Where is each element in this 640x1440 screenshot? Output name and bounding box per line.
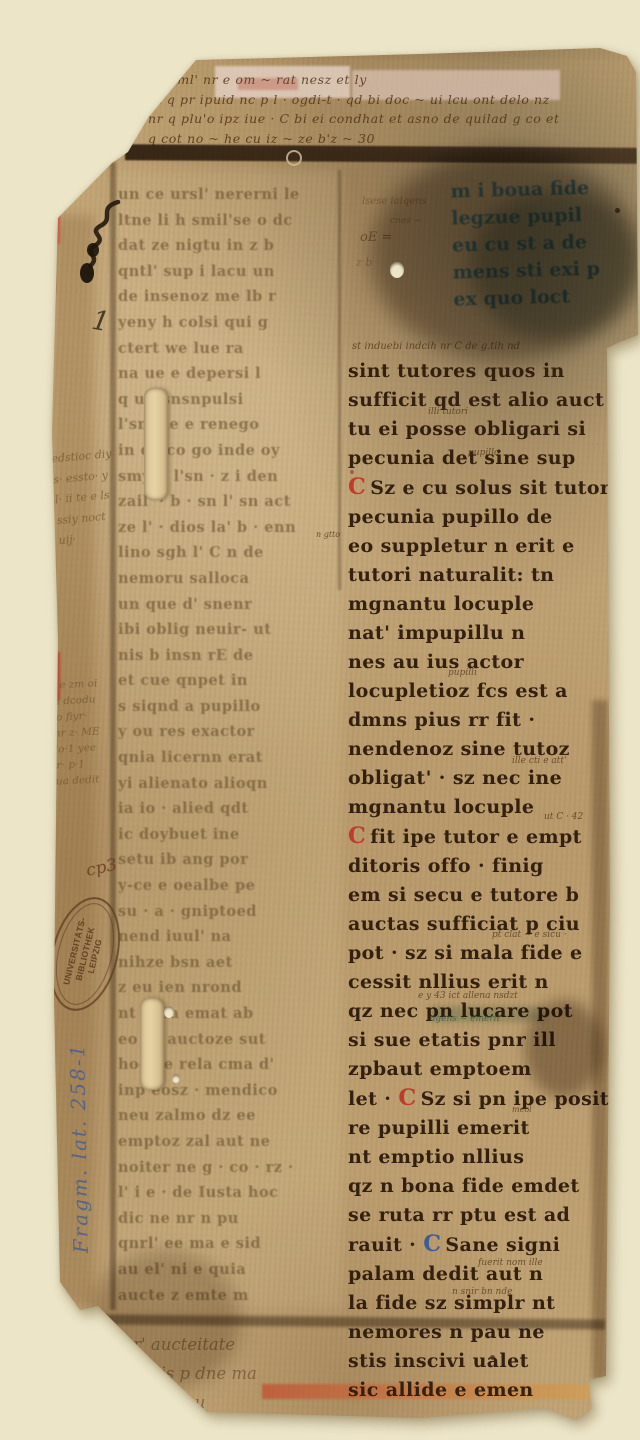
text-line: nt q pr ipuid nc p l · ogdi-t · qd bi do… [148, 90, 636, 110]
text-line: qz n bona fide emdet [348, 1172, 616, 1201]
text-line: dat ze nigtu in z b [118, 233, 342, 259]
text-line: q un snsnpulsi [118, 387, 342, 413]
text-line: nat' impupillu n [348, 619, 616, 648]
text-line: stis inscivi ualet [348, 1347, 616, 1376]
text-line: un ce ursl' nererni le [118, 182, 342, 208]
text-line: ibi oblig neuir- ut [118, 617, 342, 643]
text-line: z eu ien nrond [118, 975, 342, 1001]
text-line: qnia licernn erat [118, 745, 342, 771]
interlinear-gloss: z b [356, 256, 372, 269]
text-line: e s com au [116, 1388, 356, 1417]
text-line: dmns pius rr fit · [348, 706, 616, 735]
text-line: nt quia emat ab [118, 1001, 342, 1027]
text-line: de insenoz me lb r [118, 284, 342, 310]
hole-ring-on-crease [286, 150, 302, 166]
text-line: in de co go inde oy [118, 438, 342, 464]
library-stamp-text: UNIVERSITÄTS- BIBLIOTHEK LEIPZIG [61, 917, 108, 992]
text-line: yi alienato alioqn [118, 771, 342, 797]
text-line: ex quo loct [453, 281, 640, 313]
right-text-column: sint tutores quos insufficit qd est alio… [348, 357, 616, 1405]
marginal-gloss-lower: e te zm oiqn dcoduzio fiyr·cnr z· MEclo·… [45, 674, 131, 790]
text-line: ps · ml' nr e om ~ rat nesz et ly [148, 70, 636, 90]
text-line: nr q plu'o ipz iue · C bi ei condhat et … [148, 109, 636, 129]
interlinear-gloss: lsese ialqens [362, 196, 427, 207]
text-line: y-ce e oealbe pe [118, 873, 342, 899]
text-line: na ue e depersi l [118, 361, 342, 387]
text-line: Cfit ipe tutor e empt [348, 822, 616, 852]
text-line: auctas sufficiat p ciu [348, 910, 616, 939]
text-line: sic allide e emen [348, 1376, 616, 1405]
text-line: ze l' · dios la' b · enn [118, 515, 342, 541]
text-line: nend iuul' na [118, 924, 342, 950]
text-line: CSz e cu solus sit tutor [348, 473, 616, 503]
red-edge-patch-4 [38, 652, 60, 700]
text-line: eo se auctoze sut [118, 1027, 342, 1053]
paragraph-initial: C [423, 1231, 441, 1257]
offset-ink-block: m i boua fidelegzue pupileu cu st a deme… [450, 174, 640, 314]
paragraph-initial: C [348, 474, 366, 500]
text-line: em si secu e tutore b [348, 881, 616, 910]
text-line: hoc ee rela cma d' [118, 1052, 342, 1078]
text-line: let · CSz si pn ipe posit [348, 1084, 616, 1114]
red-edge-patch-3 [42, 274, 56, 292]
text-line: pecunia pupillo de [348, 503, 616, 532]
ink-speck-3 [630, 520, 635, 526]
manuscript-photo: ps · ml' nr e om ~ rat nesz et lynt q pr… [0, 0, 640, 1440]
text-line: qnrl' ee ma e sid [118, 1231, 342, 1257]
text-line: nendenoz sine tutoz [348, 735, 616, 764]
text-line: l'snene e renego [118, 412, 342, 438]
text-line: tu ei posse obligari si [348, 415, 616, 444]
text-line: nemoru salloca [118, 566, 342, 592]
text-line: rauit · CSane signi [348, 1230, 616, 1260]
top-band-cursive: ps · ml' nr e om ~ rat nesz et lynt q pr… [148, 70, 636, 148]
text-line: locupletioz fcs est a [348, 677, 616, 706]
interlinear-gloss: oE = [360, 230, 392, 245]
text-line: noiter ne g · co · rz · [118, 1155, 342, 1181]
text-line: q cot no ~ he cu iz ~ ze b'z ~ 30 [148, 129, 636, 149]
text-line: sufficit qd est alio auct [348, 386, 616, 415]
text-line: su · a · gniptoed [118, 899, 342, 925]
text-line: smy n l'sn · z i den [118, 464, 342, 490]
text-line: cessit nllius erit n [348, 968, 616, 997]
parchment-wrap: ps · ml' nr e om ~ rat nesz et lynt q pr… [0, 0, 640, 1440]
text-line: nihze bsn aet [118, 950, 342, 976]
text-line: ltne li h smil'se o dc [118, 208, 342, 234]
text-line: nt emptio nllius [348, 1143, 616, 1172]
text-line: emptoz zal aut ne [118, 1129, 342, 1155]
text-line: dic ne nr n pu [118, 1206, 342, 1232]
red-edge-patch-2 [40, 250, 56, 266]
paragraph-initial: C [348, 823, 366, 849]
interlinear-gloss: cnes ~ [390, 216, 421, 226]
text-line: ic doybuet ine [118, 822, 342, 848]
text-line: si sue etatis pnr ill [348, 1026, 616, 1055]
text-line: se ruta rr ptu est ad [348, 1201, 616, 1230]
red-edge-patch-1 [36, 210, 60, 244]
text-line: tur' aucteitate [116, 1330, 356, 1359]
text-line: obligat' · sz nec ine [348, 764, 616, 793]
text-line: nis b insn rE de [118, 643, 342, 669]
text-line: pot · sz si mala fide e [348, 939, 616, 968]
pen-trial-mark: cp3 [84, 855, 119, 881]
text-line: pecunia det sine sup [348, 444, 616, 473]
text-line: nemores n pau ne [348, 1318, 616, 1347]
marginal-gloss-upper: edstioc diys· essto· yl· ii te e lsssiy … [51, 443, 136, 552]
text-line: la fide sz simplr nt [348, 1289, 616, 1318]
text-line: ctert we lue ra [118, 336, 342, 362]
text-line: re pupilli emerit [348, 1114, 616, 1143]
text-line: s siqnd a pupillo [118, 694, 342, 720]
text-line: un que d' snenr [118, 592, 342, 618]
text-line: y ou res exactor [118, 719, 342, 745]
text-line: et cue qnpet in [118, 668, 342, 694]
text-line: aucte z emte m [118, 1283, 342, 1309]
text-line: inp eosz · mendico [118, 1078, 342, 1104]
text-line: palam dedit aut n [348, 1260, 616, 1289]
wormhole-1 [390, 262, 404, 278]
text-line: qntl' sup i lacu un [118, 259, 342, 285]
paragraph-initial: C [398, 1085, 416, 1111]
text-line: ditoris offo · finig [348, 852, 616, 881]
text-line: qz nec pn lucare pot [348, 997, 616, 1026]
left-text-column: un ce ursl' nererni leltne li h smil'se … [118, 182, 342, 1308]
text-line: tutori naturalit: tn [348, 561, 616, 590]
text-line: zpbaut emptoem [348, 1055, 616, 1084]
text-line: sint tutores quos in [348, 357, 616, 386]
text-line: ia io · alied qdt [118, 796, 342, 822]
text-line: lino sgh l' C n de [118, 540, 342, 566]
text-line: neu zalmo dz ee [118, 1103, 342, 1129]
parchment-fragment: ps · ml' nr e om ~ rat nesz et lynt q pr… [0, 0, 640, 1440]
text-line: zail' · b · sn l' sn act [118, 489, 342, 515]
text-line: tutopis p dne ma [116, 1359, 356, 1388]
text-line: yeny h colsi qui g [118, 310, 342, 336]
text-line: l' i e · de Iusta hoc [118, 1180, 342, 1206]
text-line: setu ib ang por [118, 847, 342, 873]
text-line: au el' ni e quia [118, 1257, 342, 1283]
text-line: mgnantu locuple [348, 590, 616, 619]
text-line: mgnantu locuple [348, 793, 616, 822]
interlinear-gloss: st induebi indcih nr C de g.tih nd [352, 341, 520, 352]
left-column-foot: tur' aucteitatetutopis p dne mae s com a… [116, 1330, 356, 1417]
folio-number: 1 [89, 305, 111, 339]
text-line: nes au ius actor [348, 648, 616, 677]
text-line: eo suppletur n erit e [348, 532, 616, 561]
shelfmark-label: Fragm. lat. 258-1 [64, 998, 95, 1298]
